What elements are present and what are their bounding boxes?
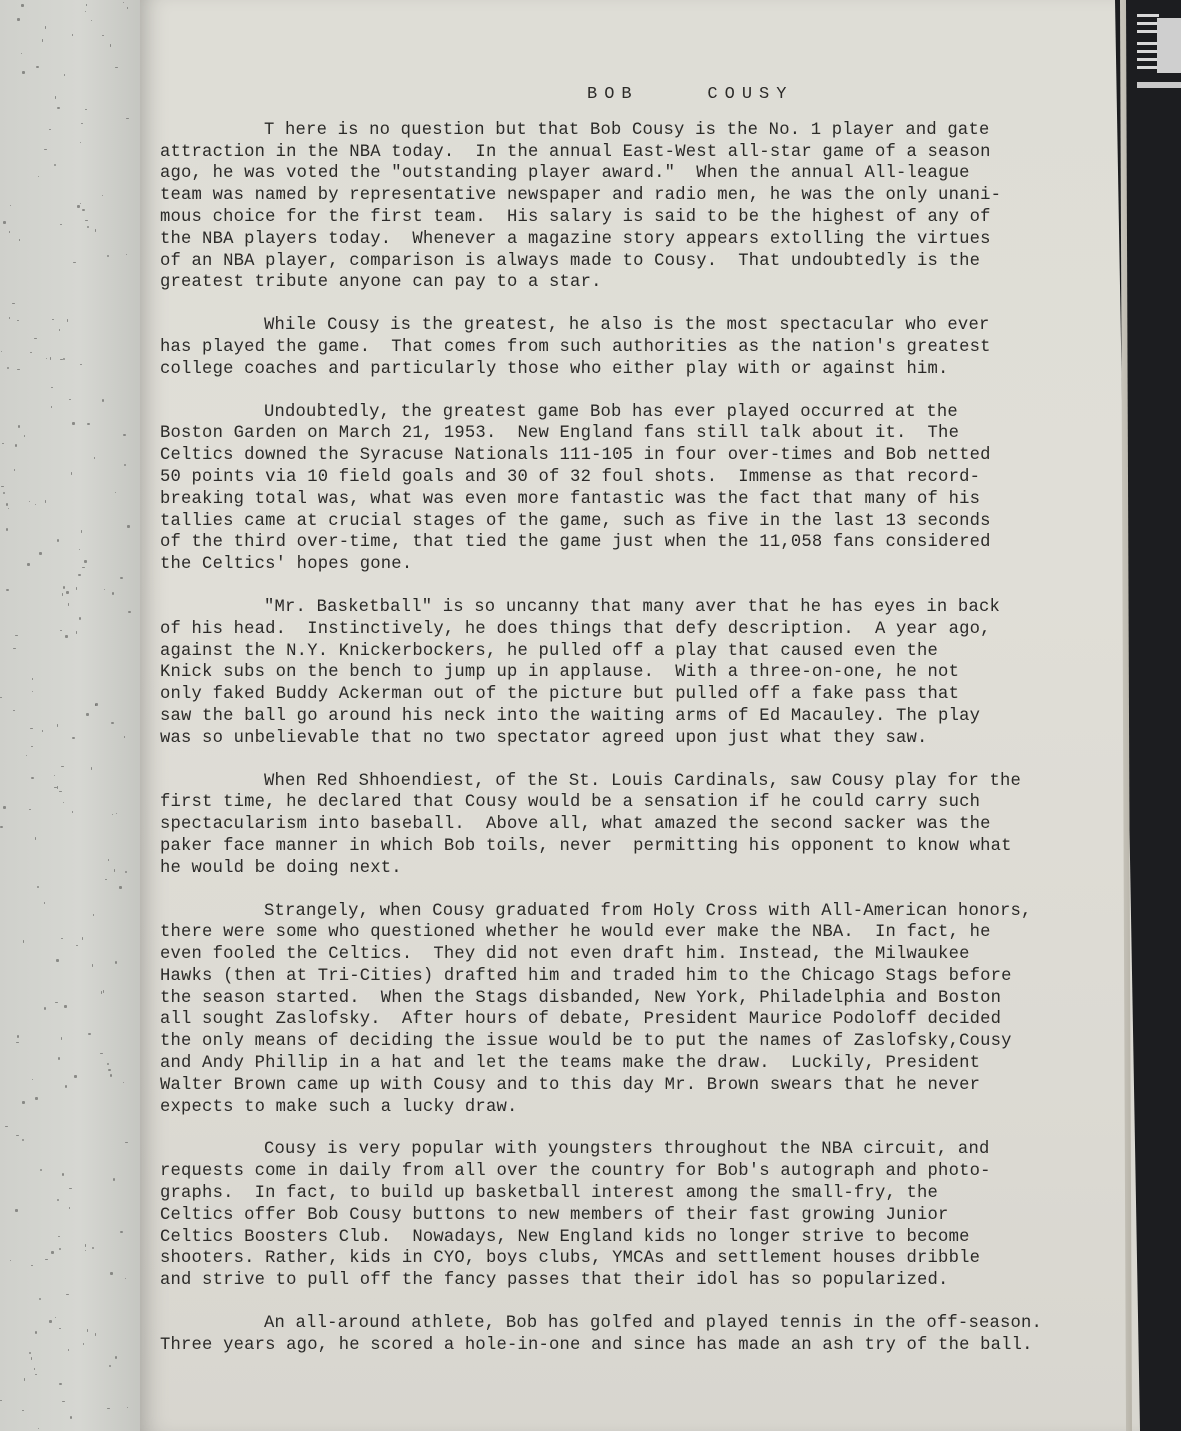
paragraph-line: greatest tribute anyone can pay to a sta… — [160, 272, 1090, 294]
paragraph-line: "Mr. Basketball" is so uncanny that many… — [264, 598, 1000, 617]
paragraph-line: the NBA players today. Whenever a magazi… — [160, 229, 1090, 251]
paragraph-line: and Andy Phillip in a hat and let the te… — [160, 1053, 1090, 1075]
paragraph-line: attraction in the NBA today. In the annu… — [160, 142, 1090, 164]
paragraph-line: the only means of deciding the issue wou… — [160, 1031, 1090, 1053]
paragraph-line: 50 points via 10 field goals and 30 of 3… — [160, 467, 1090, 489]
background-object — [1121, 0, 1181, 95]
paragraph-line: paker face manner in which Bob toils, ne… — [160, 836, 1090, 858]
paragraph: Strangely, when Cousy graduated from Hol… — [160, 901, 1090, 1119]
paragraph-line: expects to make such a lucky draw. — [160, 1097, 1090, 1119]
paragraph: T here is no question but that Bob Cousy… — [160, 120, 1090, 294]
paragraph-line: breaking total was, what was even more f… — [160, 489, 1090, 511]
paragraph-line: Celtics Boosters Club. Nowadays, New Eng… — [160, 1227, 1090, 1249]
paragraph-line: all sought Zaslofsky. After hours of deb… — [160, 1009, 1090, 1031]
paragraph-line: only faked Buddy Ackerman out of the pic… — [160, 684, 1090, 706]
paragraph-line: tallies came at crucial stages of the ga… — [160, 511, 1090, 533]
paragraph: When Red Shhoendiest, of the St. Louis C… — [160, 771, 1090, 880]
paragraph-line: he would be doing next. — [160, 858, 1090, 880]
paragraph-line: college coaches and particularly those w… — [160, 359, 1090, 381]
paragraph-line: mous choice for the first team. His sala… — [160, 207, 1090, 229]
paragraph-line: the season started. When the Stags disba… — [160, 988, 1090, 1010]
paragraph-line: spectacularism into baseball. Above all,… — [160, 814, 1090, 836]
paragraph-line: Hawks (then at Tri-Cities) drafted him a… — [160, 966, 1090, 988]
paragraph-line: of the third over-time, that tied the ga… — [160, 532, 1090, 554]
paragraph-line: of an NBA player, comparison is always m… — [160, 251, 1090, 273]
paragraph-line: team was named by representative newspap… — [160, 185, 1090, 207]
facing-page — [0, 0, 145, 1431]
paragraph-line: shooters. Rather, kids in CYO, boys club… — [160, 1248, 1090, 1270]
paragraph-line: graphs. In fact, to build up basketball … — [160, 1183, 1090, 1205]
paragraph-line: Walter Brown came up with Cousy and to t… — [160, 1075, 1090, 1097]
paragraph-line: An all-around athlete, Bob has golfed an… — [264, 1314, 1042, 1333]
paragraph: An all-around athlete, Bob has golfed an… — [160, 1313, 1090, 1357]
paragraph-line: While Cousy is the greatest, he also is … — [264, 316, 989, 335]
document-title: BOB COUSY — [160, 84, 1090, 106]
paragraph-line: Celtics downed the Syracuse Nationals 11… — [160, 445, 1090, 467]
paragraph: "Mr. Basketball" is so uncanny that many… — [160, 597, 1090, 750]
paragraph-line: Knick subs on the bench to jump up in ap… — [160, 662, 1090, 684]
paragraph-line: ago, he was voted the "outstanding playe… — [160, 163, 1090, 185]
paragraph-line: Undoubtedly, the greatest game Bob has e… — [264, 403, 958, 422]
paragraph-line: has played the game. That comes from suc… — [160, 337, 1090, 359]
paragraph-line: Strangely, when Cousy graduated from Hol… — [264, 902, 1032, 921]
paragraph-line: of his head. Instinctively, he does thin… — [160, 619, 1090, 641]
paragraph-line: Cousy is very popular with youngsters th… — [264, 1140, 989, 1159]
paragraph: Undoubtedly, the greatest game Bob has e… — [160, 402, 1090, 576]
paragraph-line: and strive to pull off the fancy passes … — [160, 1270, 1090, 1292]
paragraph-line: T here is no question but that Bob Cousy… — [264, 121, 989, 140]
document-body: BOB COUSY T here is no question but that… — [160, 84, 1090, 1378]
paragraph-line: the Celtics' hopes gone. — [160, 554, 1090, 576]
paragraph-line: When Red Shhoendiest, of the St. Louis C… — [264, 772, 1021, 791]
paragraph: While Cousy is the greatest, he also is … — [160, 315, 1090, 380]
paragraph-line: Boston Garden on March 21, 1953. New Eng… — [160, 423, 1090, 445]
paragraph: Cousy is very popular with youngsters th… — [160, 1139, 1090, 1292]
paragraph-line: Celtics offer Bob Cousy buttons to new m… — [160, 1205, 1090, 1227]
paragraph-line: against the N.Y. Knickerbockers, he pull… — [160, 641, 1090, 663]
paragraph-line: first time, he declared that Cousy would… — [160, 792, 1090, 814]
paragraph-line: even fooled the Celtics. They did not ev… — [160, 944, 1090, 966]
paragraph-line: saw the ball go around his neck into the… — [160, 706, 1090, 728]
paragraph-line: there were some who questioned whether h… — [160, 922, 1090, 944]
paragraph-line: Three years ago, he scored a hole-in-one… — [160, 1335, 1090, 1357]
paragraph-line: requests come in daily from all over the… — [160, 1161, 1090, 1183]
paragraph-line: was so unbelievable that no two spectato… — [160, 728, 1090, 750]
